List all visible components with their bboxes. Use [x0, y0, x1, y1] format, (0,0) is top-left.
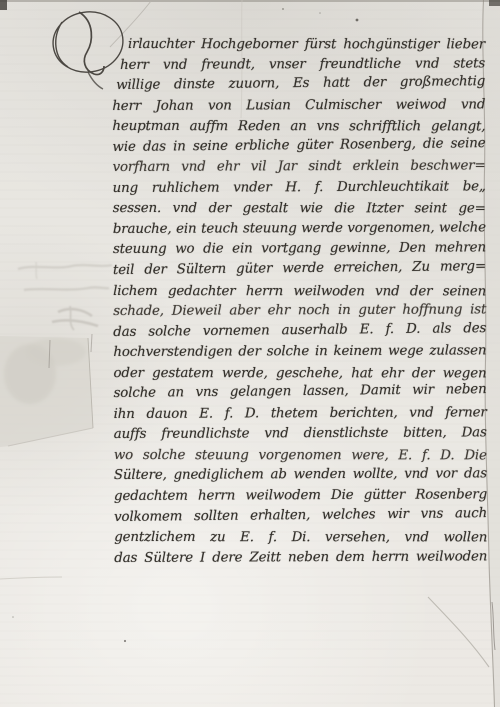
text-line: wie das in seine erbliche güter Rosenber…: [112, 136, 485, 160]
smudge-sketch: [52, 306, 98, 330]
text-line: das Sültere I dere Zeitt neben dem herrn…: [114, 549, 487, 571]
text-line: gentzlichem zu E. f. Di. versehen, vnd w…: [114, 530, 487, 551]
text-line: das solche vornemen auserhalb E. f. D. a…: [113, 321, 486, 345]
text-line: ung ruhlichem vnder H. f. Durchleuchtika…: [113, 179, 486, 201]
text-line: wo solche steuung vorgenomen were, E. f.…: [114, 448, 487, 469]
text-line: herr Johan von Lusian Culmischer weiwod …: [112, 97, 485, 119]
text-line: auffs freundlichste vnd dienstlichste bi…: [114, 426, 487, 448]
text-line: brauche, ein teuch steuung werde vorgeno…: [113, 220, 486, 242]
text-line: ihn dauon E. f. D. thetem berichten, vnd…: [114, 405, 487, 427]
text-line: lichem gedachter herrn weilwoden vnd der…: [113, 284, 486, 305]
letter-body: irlauchter Hochgeborner fürst hochgünsti…: [112, 35, 487, 571]
text-line: willige dinste zuuorn, Es hatt der großm…: [112, 74, 485, 98]
text-line: solche an vns gelangen lassen, Damit wir…: [113, 382, 486, 406]
manuscript-page: D irlauchter Hochgeborner fürst hochgüns…: [0, 0, 500, 707]
text-line: volkomem sollten erhalten, welches wir v…: [114, 506, 487, 530]
text-line: teil der Sültern güter werde erreichen, …: [113, 259, 486, 283]
bleed-through-writing: [18, 262, 112, 290]
top-paper-edge: [0, 0, 500, 10]
text-line: vorfharn vnd ehr vil Jar sindt erklein b…: [113, 159, 486, 181]
stain-patch: [0, 334, 93, 447]
text-line: sessen. vnd der gestalt wie die Itzter s…: [113, 201, 486, 222]
text-line: Sültere, gnediglichem ab wenden wollte, …: [114, 467, 487, 489]
text-line: hochverstendigen der solche in keinem we…: [113, 344, 486, 366]
text-line: irlauchter Hochgeborner fürst hochgünsti…: [112, 37, 485, 58]
